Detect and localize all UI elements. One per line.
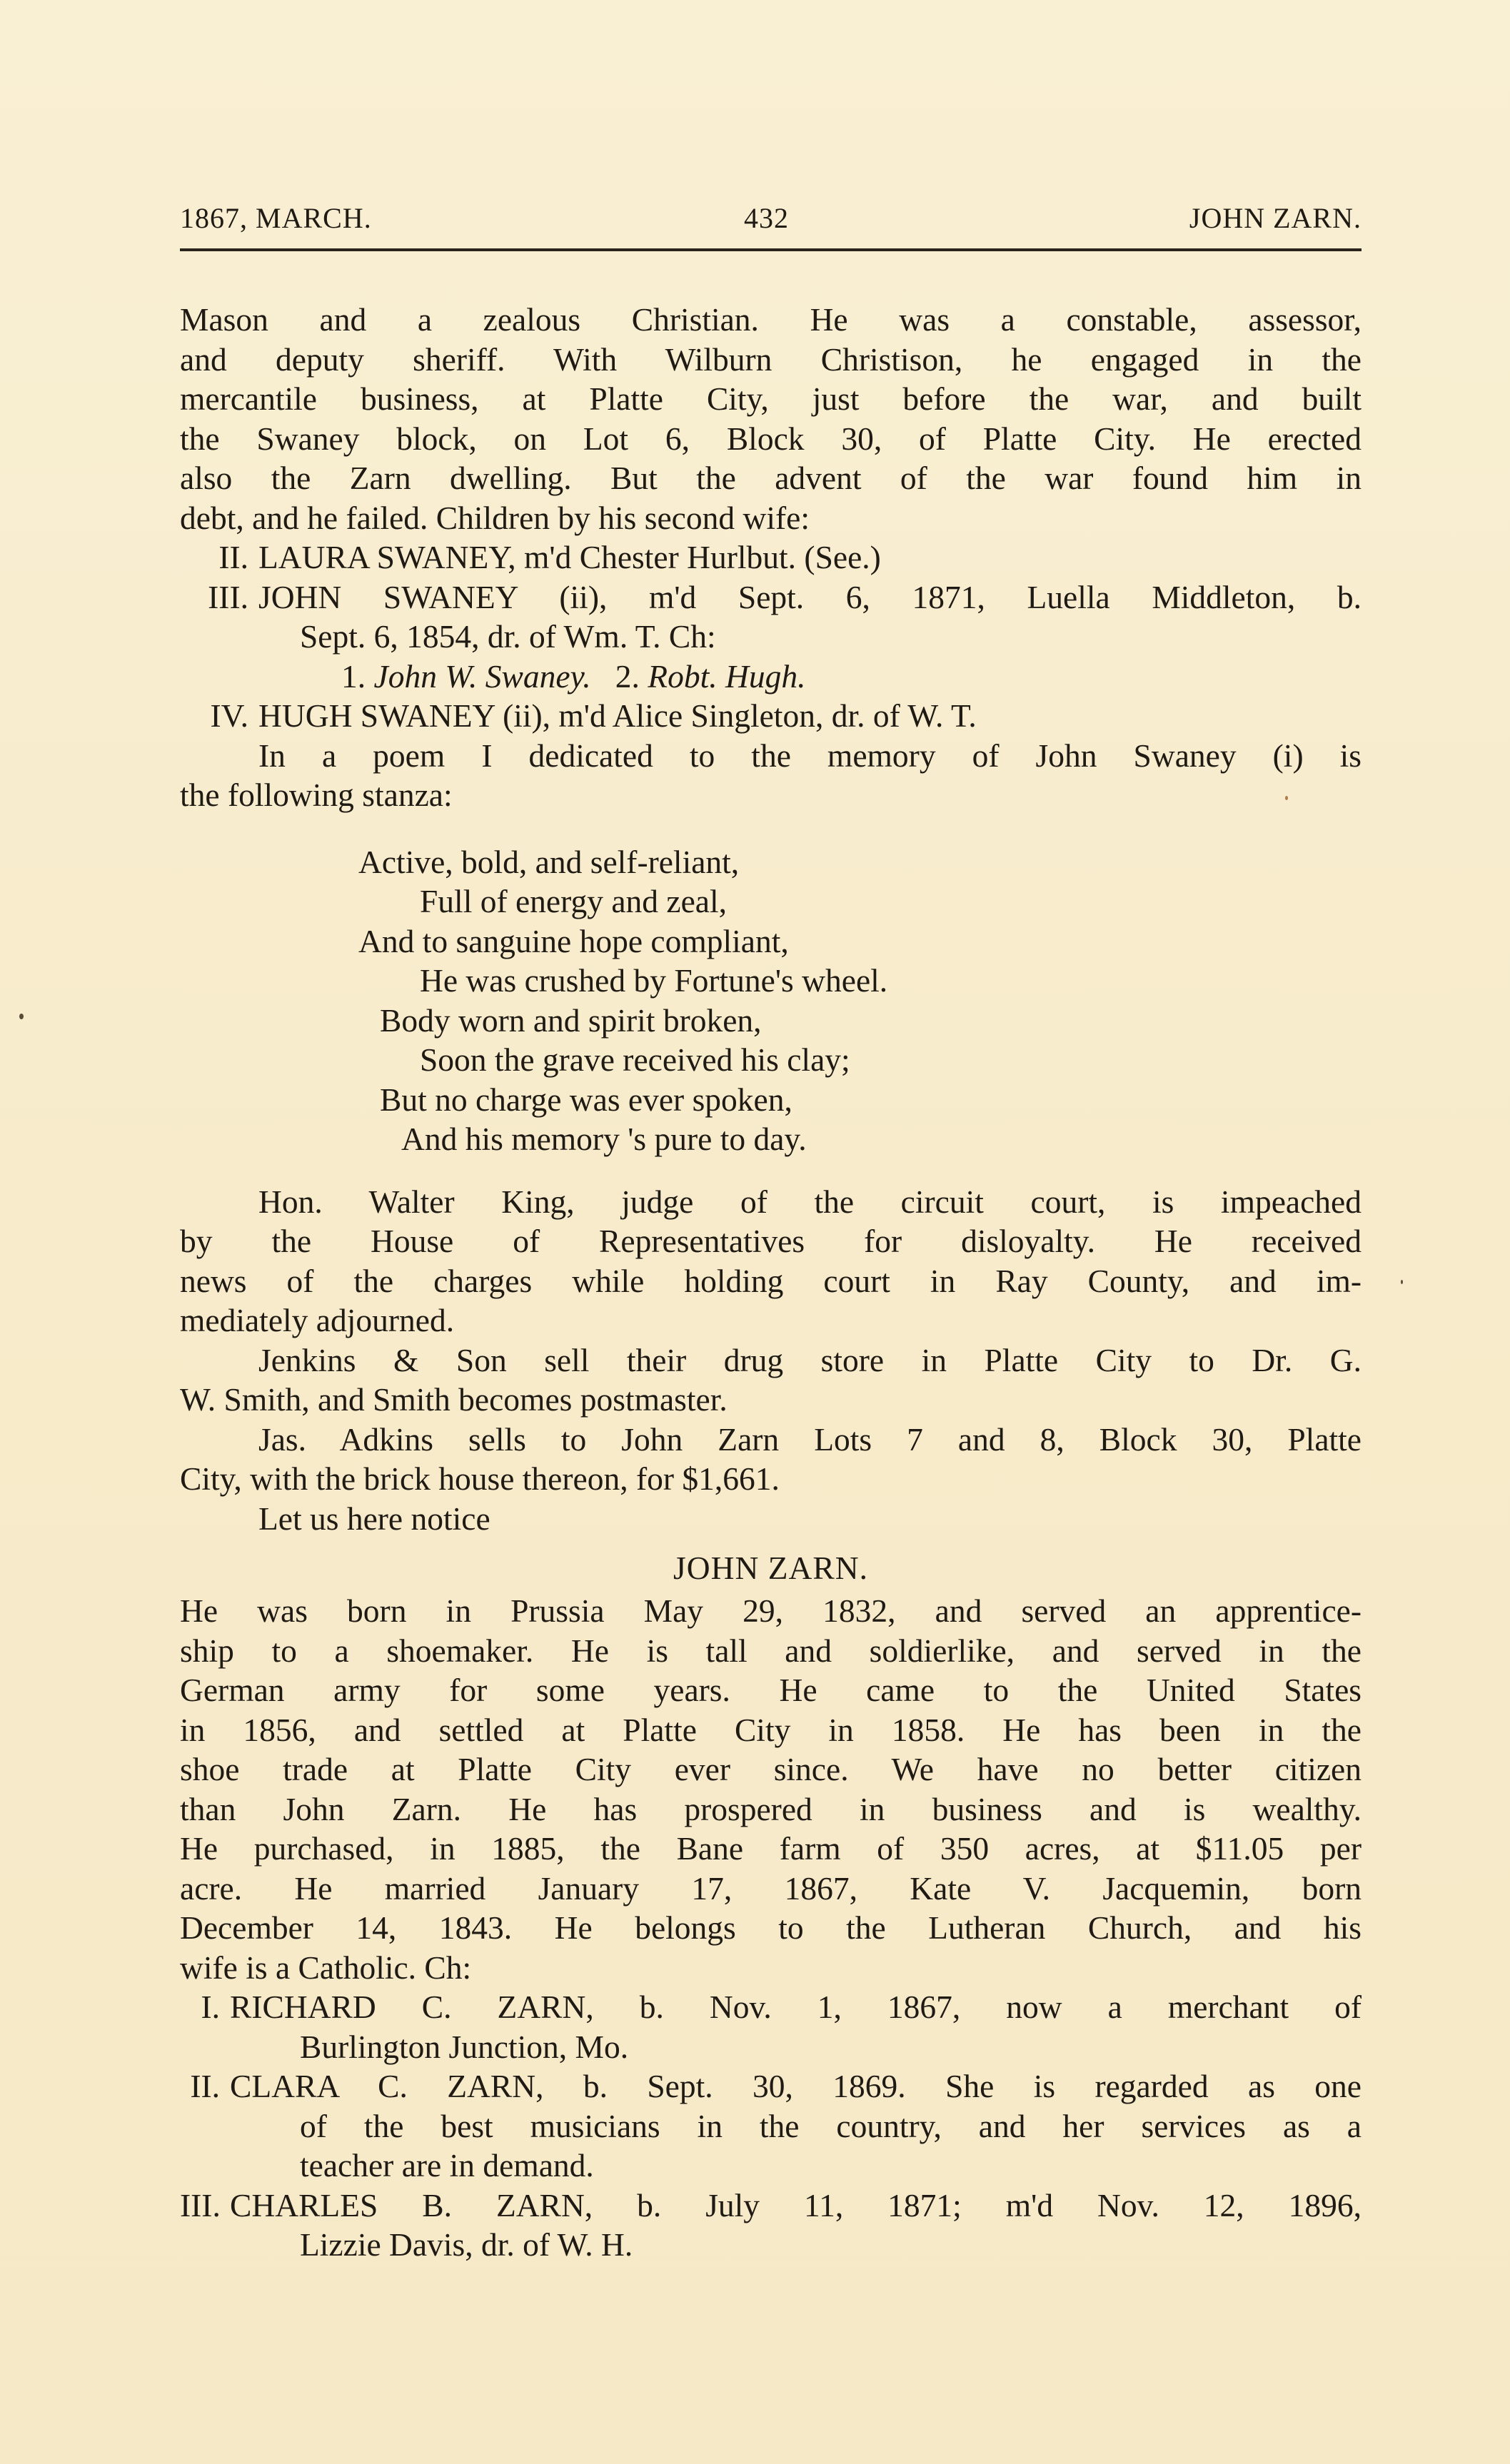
text-line: by the House of Representatives for disl… [180,1221,1361,1261]
text-line: City, with the brick house thereon, for … [180,1459,1361,1499]
header-rule [180,248,1361,251]
list-item: II. LAURA SWANEY, m'd Chester Hurlbut. (… [180,537,1361,577]
poem-line: He was crushed by Fortune's wheel. [180,961,1361,1001]
item-continuation: of the best musicians in the country, an… [180,2106,1361,2146]
item-numeral: II. [180,2066,220,2106]
item-text: HUGH SWANEY (ii), m'd Alice Singleton, d… [248,696,1361,736]
text-line: W. Smith, and Smith becomes postmaster. [180,1380,1361,1420]
poem-stanza: Active, bold, and self-reliant, Full of … [180,842,1361,1159]
text-line: in 1856, and settled at Platte City in 1… [180,1710,1361,1750]
speck [1401,1280,1403,1284]
list-item: IV. HUGH SWANEY (ii), m'd Alice Singleto… [180,696,1361,736]
page-body: Mason and a zealous Christian. He was a … [180,300,1361,2265]
paragraph-poem-intro: In a poem I dedicated to the memory of J… [180,736,1361,815]
section-heading: JOHN ZARN. [180,1548,1361,1591]
item-numeral: III. [180,2186,220,2226]
poem-line: But no charge was ever spoken, [180,1080,1361,1120]
running-head-date: 1867, MARCH. [180,201,372,235]
item-numeral: I. [180,1987,220,2027]
running-head: 1867, MARCH. 432 JOHN ZARN. [180,201,1361,237]
text-line: mercantile business, at Platte City, jus… [180,379,1361,419]
text-line: December 14, 1843. He belongs to the Lut… [180,1908,1361,1948]
zarn-children-list: I. RICHARD C. ZARN, b. Nov. 1, 1867, now… [180,1987,1361,2265]
grandchild-name: John W. Swaney. [374,658,591,695]
text-line: debt, and he failed. Children by his sec… [180,498,1361,538]
text-line: news of the charges while holding court … [180,1261,1361,1301]
list-item: III. CHARLES B. ZARN, b. July 11, 1871; … [180,2186,1361,2226]
grandchild-name: Robt. Hugh. [648,658,805,695]
text-line: Mason and a zealous Christian. He was a … [180,300,1361,340]
poem-line: And to sanguine hope compliant, [180,922,1361,961]
item-text: CLARA C. ZARN, b. Sept. 30, 1869. She is… [220,2066,1361,2106]
grandchildren-line: 1. John W. Swaney. 2. Robt. Hugh. [180,657,1361,697]
paragraph-jenkins: Jenkins & Son sell their drug store in P… [180,1340,1361,1420]
grandchild-number: 1. [341,658,366,695]
text-line: shoe trade at Platte City ever since. We… [180,1749,1361,1789]
poem-line: Body worn and spirit broken, [180,1001,1361,1041]
grandchild-number: 2. [615,658,640,695]
paragraph-swaney-biography: Mason and a zealous Christian. He was a … [180,300,1361,537]
text-line: the Swaney block, on Lot 6, Block 30, of… [180,419,1361,459]
speck [1285,796,1288,800]
poem-line: Full of energy and zeal, [180,882,1361,922]
paragraph-adkins: Jas. Adkins sells to John Zarn Lots 7 an… [180,1420,1361,1499]
item-continuation: teacher are in demand. [180,2146,1361,2186]
text-line: the following stanza: [180,775,1361,815]
text-line: and deputy sheriff. With Wilburn Christi… [180,340,1361,380]
running-head-title: JOHN ZARN. [1189,201,1361,235]
text-line: Hon. Walter King, judge of the circuit c… [180,1182,1361,1222]
list-item: II. CLARA C. ZARN, b. Sept. 30, 1869. Sh… [180,2066,1361,2106]
swaney-children-list: II. LAURA SWANEY, m'd Chester Hurlbut. (… [180,537,1361,736]
item-numeral: IV. [180,696,248,736]
paragraph-john-zarn: He was born in Prussia May 29, 1832, and… [180,1591,1361,1987]
list-item: I. RICHARD C. ZARN, b. Nov. 1, 1867, now… [180,1987,1361,2027]
poem-line: And his memory 's pure to day. [180,1119,1361,1159]
item-text: CHARLES B. ZARN, b. July 11, 1871; m'd N… [220,2186,1361,2226]
text-line: Jas. Adkins sells to John Zarn Lots 7 an… [180,1420,1361,1460]
item-numeral: II. [180,537,248,577]
text-line: also the Zarn dwelling. But the advent o… [180,458,1361,498]
poem-line: Soon the grave received his clay; [180,1040,1361,1080]
paragraph-walter-king: Hon. Walter King, judge of the circuit c… [180,1182,1361,1340]
text-line: than John Zarn. He has prospered in busi… [180,1789,1361,1829]
item-text: LAURA SWANEY, m'd Chester Hurlbut. (See.… [248,537,1361,577]
page-number: 432 [744,201,789,235]
item-text: JOHN SWANEY (ii), m'd Sept. 6, 1871, Lue… [248,577,1361,617]
text-line: He purchased, in 1885, the Bane farm of … [180,1829,1361,1869]
poem-line: Active, bold, and self-reliant, [180,842,1361,882]
text-line: He was born in Prussia May 29, 1832, and… [180,1591,1361,1631]
speck [19,1014,24,1019]
item-numeral: III. [180,577,248,617]
item-continuation: Sept. 6, 1854, dr. of Wm. T. Ch: [180,617,1361,657]
text-line: Jenkins & Son sell their drug store in P… [180,1340,1361,1380]
text-line: ship to a shoemaker. He is tall and sold… [180,1631,1361,1671]
text-line: In a poem I dedicated to the memory of J… [180,736,1361,776]
text-line: mediately adjourned. [180,1301,1361,1340]
item-continuation: Burlington Junction, Mo. [180,2027,1361,2067]
text-line: acre. He married January 17, 1867, Kate … [180,1869,1361,1909]
text-line: wife is a Catholic. Ch: [180,1948,1361,1988]
item-text: RICHARD C. ZARN, b. Nov. 1, 1867, now a … [220,1987,1361,2027]
paragraph-notice: Let us here notice [180,1499,1361,1539]
text-line: German army for some years. He came to t… [180,1670,1361,1710]
text-line: Let us here notice [180,1499,1361,1539]
list-item: III. JOHN SWANEY (ii), m'd Sept. 6, 1871… [180,577,1361,617]
item-continuation: Lizzie Davis, dr. of W. H. [180,2225,1361,2265]
